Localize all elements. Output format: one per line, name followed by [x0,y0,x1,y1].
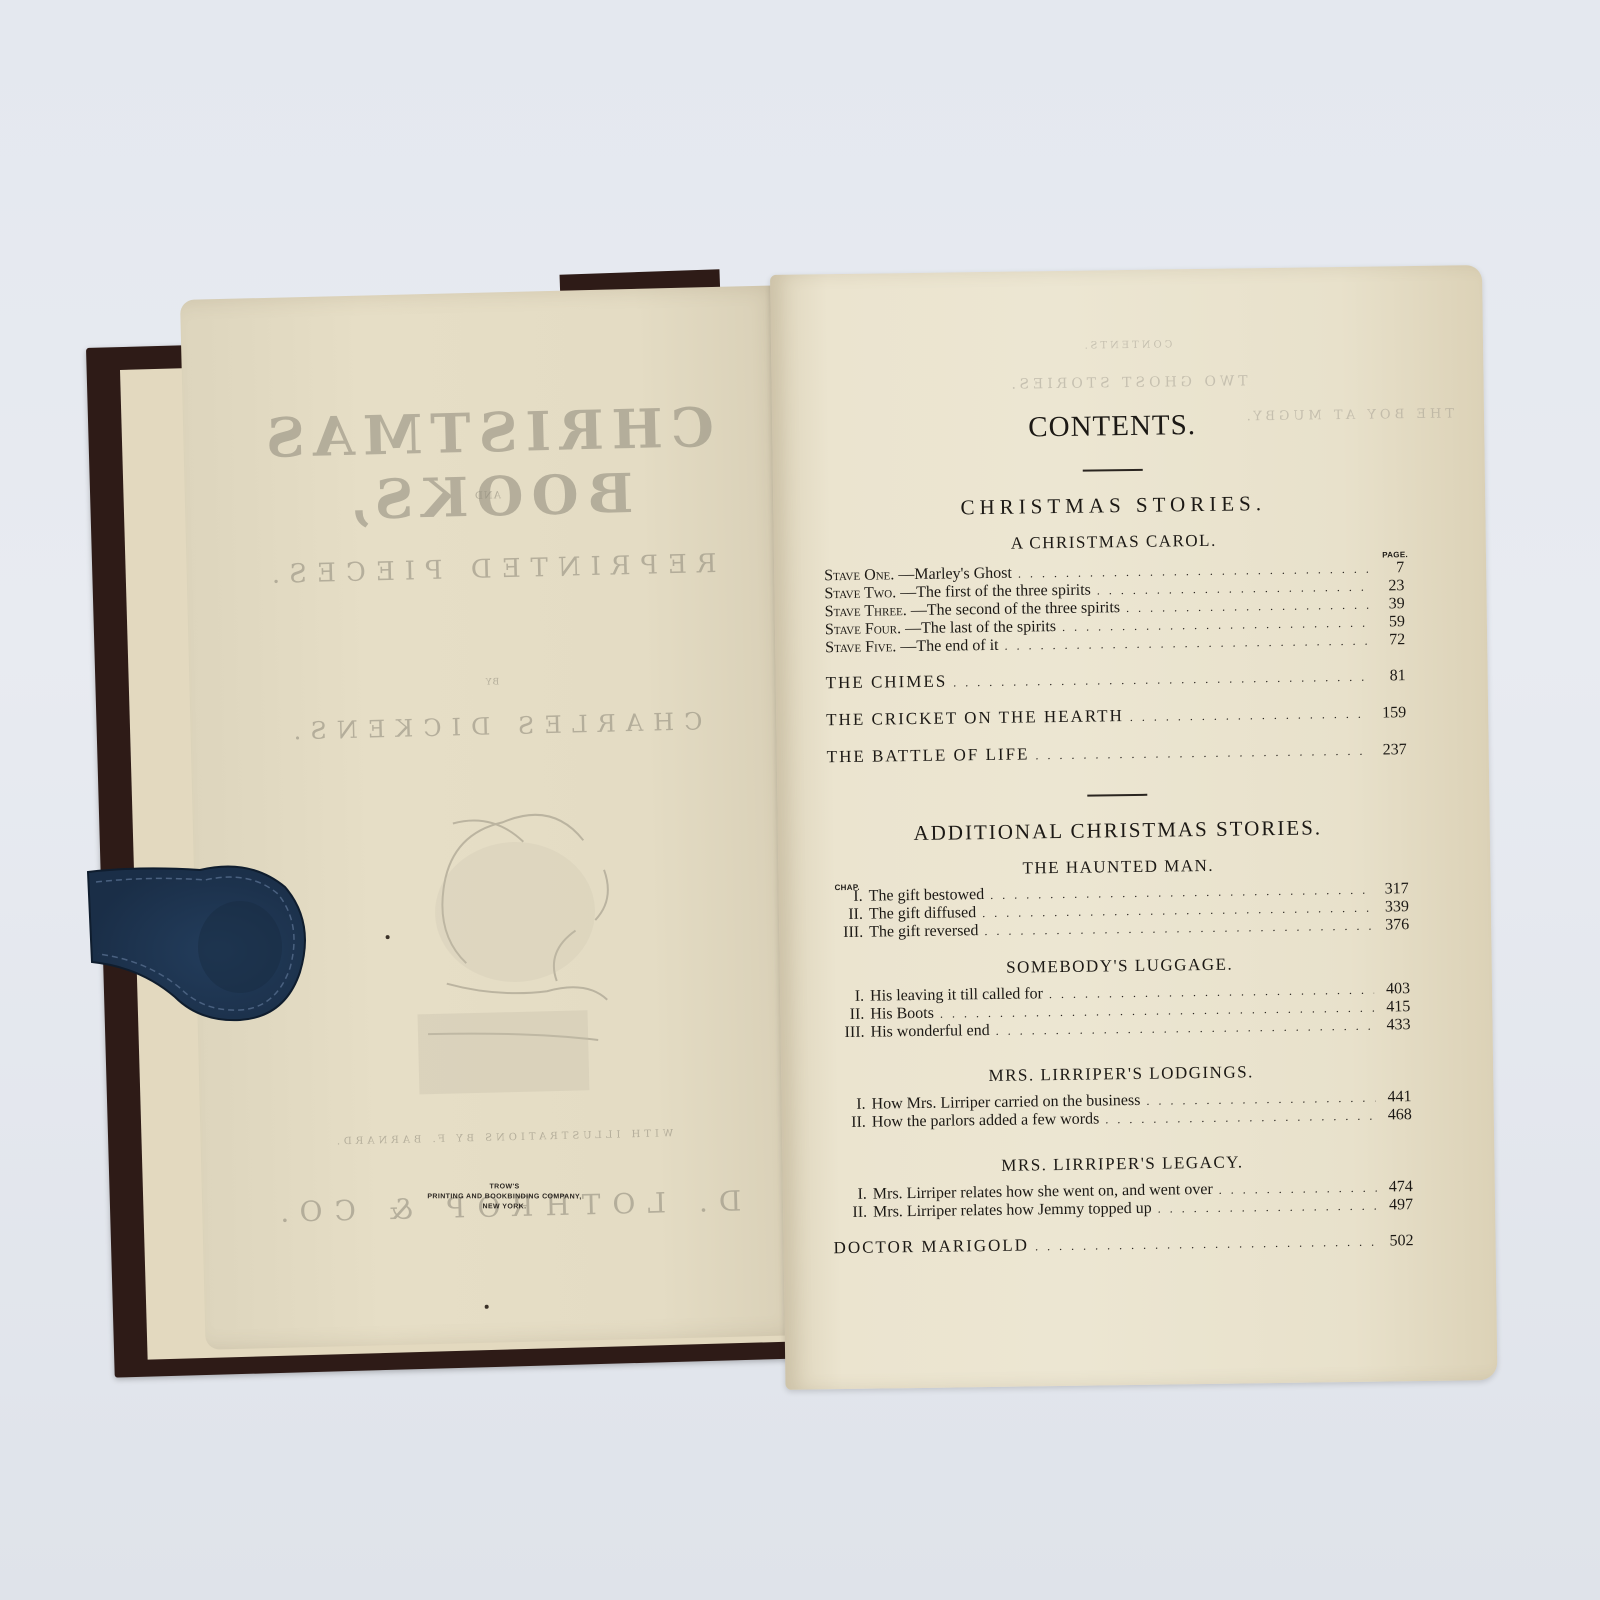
left-page: CHRISTMAS BOOKS, AND REPRINTED PIECES. B… [180,285,810,1349]
ink-speck [485,1305,489,1309]
toc-entry-the-chimes[interactable]: THE CHIMES 81 [826,665,1406,694]
page-number: 237 [1377,740,1407,760]
page-number: 441 [1381,1088,1411,1106]
leader-dots [953,667,1370,693]
toc-list-haunted-man: I. The gift bestowed 317 II. The gift di… [829,880,1410,942]
page-number: 72 [1375,631,1405,649]
toc-entry-cricket-on-the-hearth[interactable]: THE CRICKET ON THE HEARTH 159 [826,702,1406,731]
toc-list-somebodys-luggage: I. His leaving it till called for 403 II… [830,980,1411,1042]
page-number: 59 [1375,613,1405,631]
engraving-illustration-icon [382,779,650,1105]
page-number: 23 [1374,577,1404,595]
page-number: 502 [1383,1231,1413,1251]
divider [1083,469,1143,472]
page-number: 415 [1380,998,1410,1016]
leader-dots [1035,741,1371,766]
printer-imprint: TROW'S PRINTING AND BOOKBINDING COMPANY,… [202,1182,807,1213]
page-number: 376 [1379,916,1409,934]
toc-list-doctor-marigold: DOCTOR MARIGOLD 502 [833,1230,1413,1259]
page-title: CONTENTS. [822,406,1402,447]
leader-dots [1158,1197,1378,1218]
show-through-title: CHRISTMAS BOOKS, [183,393,791,536]
toc-list-lirriper-lodgings: I. How Mrs. Lirriper carried on the busi… [831,1088,1411,1132]
page-number: 159 [1376,703,1406,723]
leather-clasp-icon [80,862,310,1022]
leader-dots [1130,704,1371,727]
toc-entry-doctor-marigold[interactable]: DOCTOR MARIGOLD 502 [833,1230,1413,1259]
section-title-additional-christmas-stories: ADDITIONAL CHRISTMAS STORIES. [828,814,1408,847]
contents-listing: CONTENTS. CHRISTMAS STORIES. A CHRISTMAS… [822,406,1414,1259]
leader-dots [1004,632,1369,655]
leader-dots [1105,1107,1376,1129]
page-number: 39 [1375,595,1405,613]
page-number: 81 [1376,666,1406,686]
leader-dots [1035,1232,1378,1257]
page-number: 403 [1380,980,1410,998]
ink-speck [386,935,390,939]
leader-dots [996,1017,1375,1040]
page-number: 7 [1374,559,1404,577]
page-number: 468 [1382,1106,1412,1124]
show-through-author: CHARLES DICKENS. [190,705,796,748]
page-number: 497 [1383,1196,1413,1214]
page-number: 317 [1379,880,1409,898]
show-through-caption: WITH ILLUSTRATIONS BY F. BARNARD. [201,1125,806,1151]
show-through-by: BY [189,670,794,695]
right-page: CONTENTS. TWO GHOST STORIES. THE BOY AT … [770,265,1497,1390]
imprint-line-3: NEW YORK. [202,1202,807,1213]
page-number: 339 [1379,898,1409,916]
toc-entry-battle-of-life[interactable]: THE BATTLE OF LIFE 237 [827,739,1407,768]
toc-list-major-stories: THE CHIMES 81 THE CRICKET ON THE HEARTH … [826,665,1407,768]
photo-scene: CHRISTMAS BOOKS, AND REPRINTED PIECES. B… [0,0,1600,1600]
section-title-christmas-stories: CHRISTMAS STORIES. [823,489,1403,522]
toc-list-lirriper-legacy: I. Mrs. Lirriper relates how she went on… [833,1178,1413,1222]
page-number: 433 [1380,1016,1410,1034]
divider [1087,794,1147,797]
show-through-subtitle: REPRINTED PIECES. [186,547,792,592]
leader-dots [1219,1179,1377,1199]
page-number: 474 [1383,1178,1413,1196]
toc-list-christmas-carol: Stave One. —Marley's Ghost 7 Stave Two. … [824,559,1405,657]
